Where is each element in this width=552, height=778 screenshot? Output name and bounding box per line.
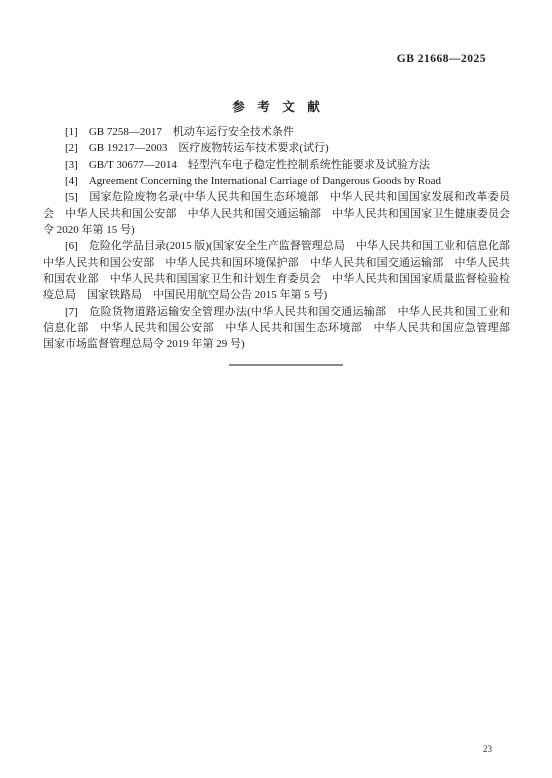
document-page: GB 21668—2025 参 考 文 献 [1] GB 7258—2017 机… bbox=[0, 0, 552, 778]
references-title: 参 考 文 献 bbox=[0, 97, 552, 115]
reference-item: [4] Agreement Concerning the Internation… bbox=[43, 173, 510, 189]
reference-item: [7] 危险货物道路运输安全管理办法(中华人民共和国交通运输部 中华人民共和国工… bbox=[43, 304, 510, 353]
standard-number: GB 21668—2025 bbox=[397, 53, 486, 65]
reference-item: [2] GB 19217—2003 医疗废物转运车技术要求(试行) bbox=[43, 140, 510, 156]
end-of-document-rule bbox=[229, 364, 343, 366]
references-list: [1] GB 7258—2017 机动车运行安全技术条件 [2] GB 1921… bbox=[43, 124, 510, 353]
reference-item: [6] 危险化学品目录(2015 版)(国家安全生产监督管理总局 中华人民共和国… bbox=[43, 238, 510, 303]
reference-item: [3] GB/T 30677—2014 轻型汽车电子稳定性控制系统性能要求及试验… bbox=[43, 157, 510, 173]
page-number: 23 bbox=[483, 744, 492, 754]
reference-item: [1] GB 7258—2017 机动车运行安全技术条件 bbox=[43, 124, 510, 140]
reference-item: [5] 国家危险废物名录(中华人民共和国生态环境部 中华人民共和国国家发展和改革… bbox=[43, 189, 510, 238]
